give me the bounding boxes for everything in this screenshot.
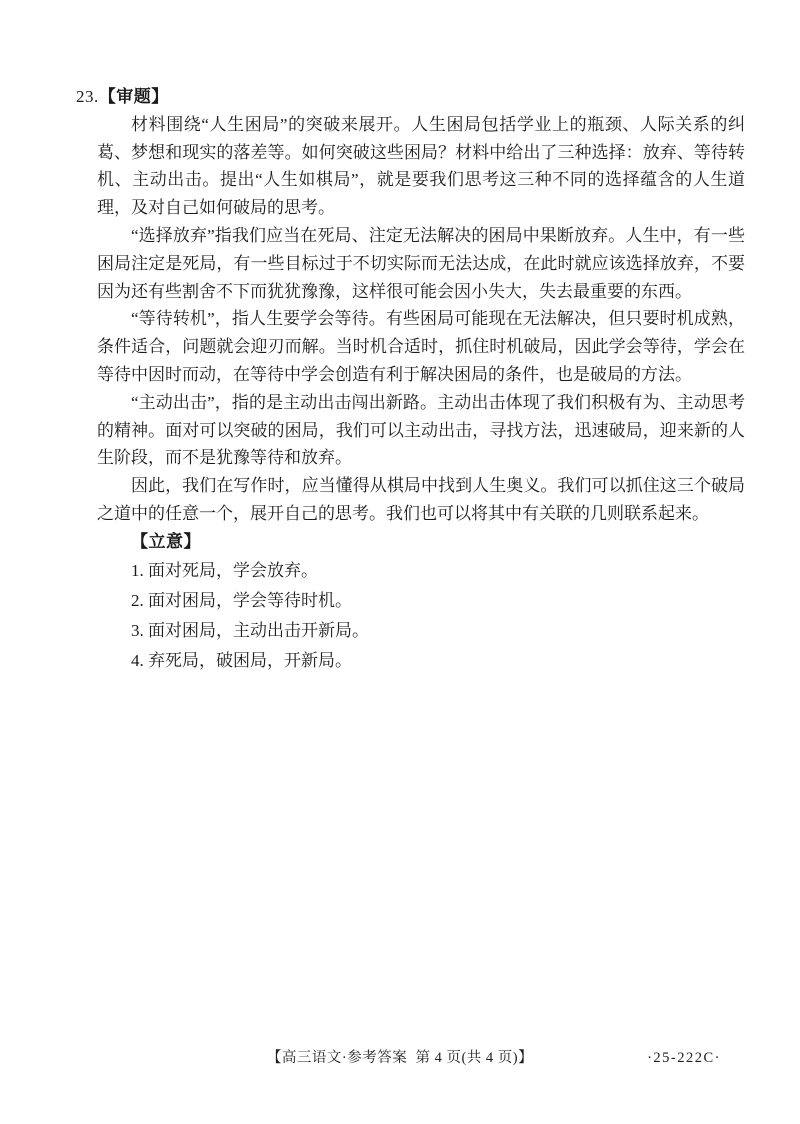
analysis-paragraph-3: “等待转机”，指人生要学会等待。有些困局可能现在无法解决，但只要时机成熟，条件适… (97, 305, 745, 388)
analysis-paragraph-5: 因此，我们在写作时，应当懂得从棋局中找到人生奥义。我们可以抓住这三个破局之道中的… (97, 472, 745, 528)
intent-heading-label: 【立意】 (131, 532, 201, 551)
section-number: 23. (76, 87, 99, 106)
intent-item-4: 4. 弃死局，破困局，开新局。 (97, 646, 745, 676)
intent-item-3: 3. 面对困局，主动出击开新局。 (97, 616, 745, 646)
section-23-content: 23.【审题】 材料围绕“人生困局”的突破来展开。人生困局包括学业上的瓶颈、人际… (97, 83, 745, 676)
analysis-paragraph-2: “选择放弃”指我们应当在死局、注定无法解决的困局中果断放弃。人生中，有一些困局注… (97, 222, 745, 305)
intent-item-2: 2. 面对困局，学会等待时机。 (97, 586, 745, 616)
section-title: 【审题】 (99, 87, 169, 106)
intent-item-1: 1. 面对死局，学会放弃。 (97, 556, 745, 586)
intent-heading: 【立意】 (97, 528, 745, 556)
page-footer: 【高三语文·参考答案 第 4 页(共 4 页)】 ·25-222C· (0, 1048, 800, 1072)
analysis-paragraph-4: “主动出击”，指的是主动出击闯出新路。主动出击体现了我们积极有为、主动思考的精神… (97, 389, 745, 472)
scanned-answer-page: 23.【审题】 材料围绕“人生困局”的突破来展开。人生困局包括学业上的瓶颈、人际… (0, 0, 800, 1124)
footer-paper-code: ·25-222C· (647, 1048, 721, 1068)
analysis-paragraph-1: 材料围绕“人生困局”的突破来展开。人生困局包括学业上的瓶颈、人际关系的纠葛、梦想… (97, 111, 745, 222)
section-heading: 23.【审题】 (76, 83, 745, 111)
